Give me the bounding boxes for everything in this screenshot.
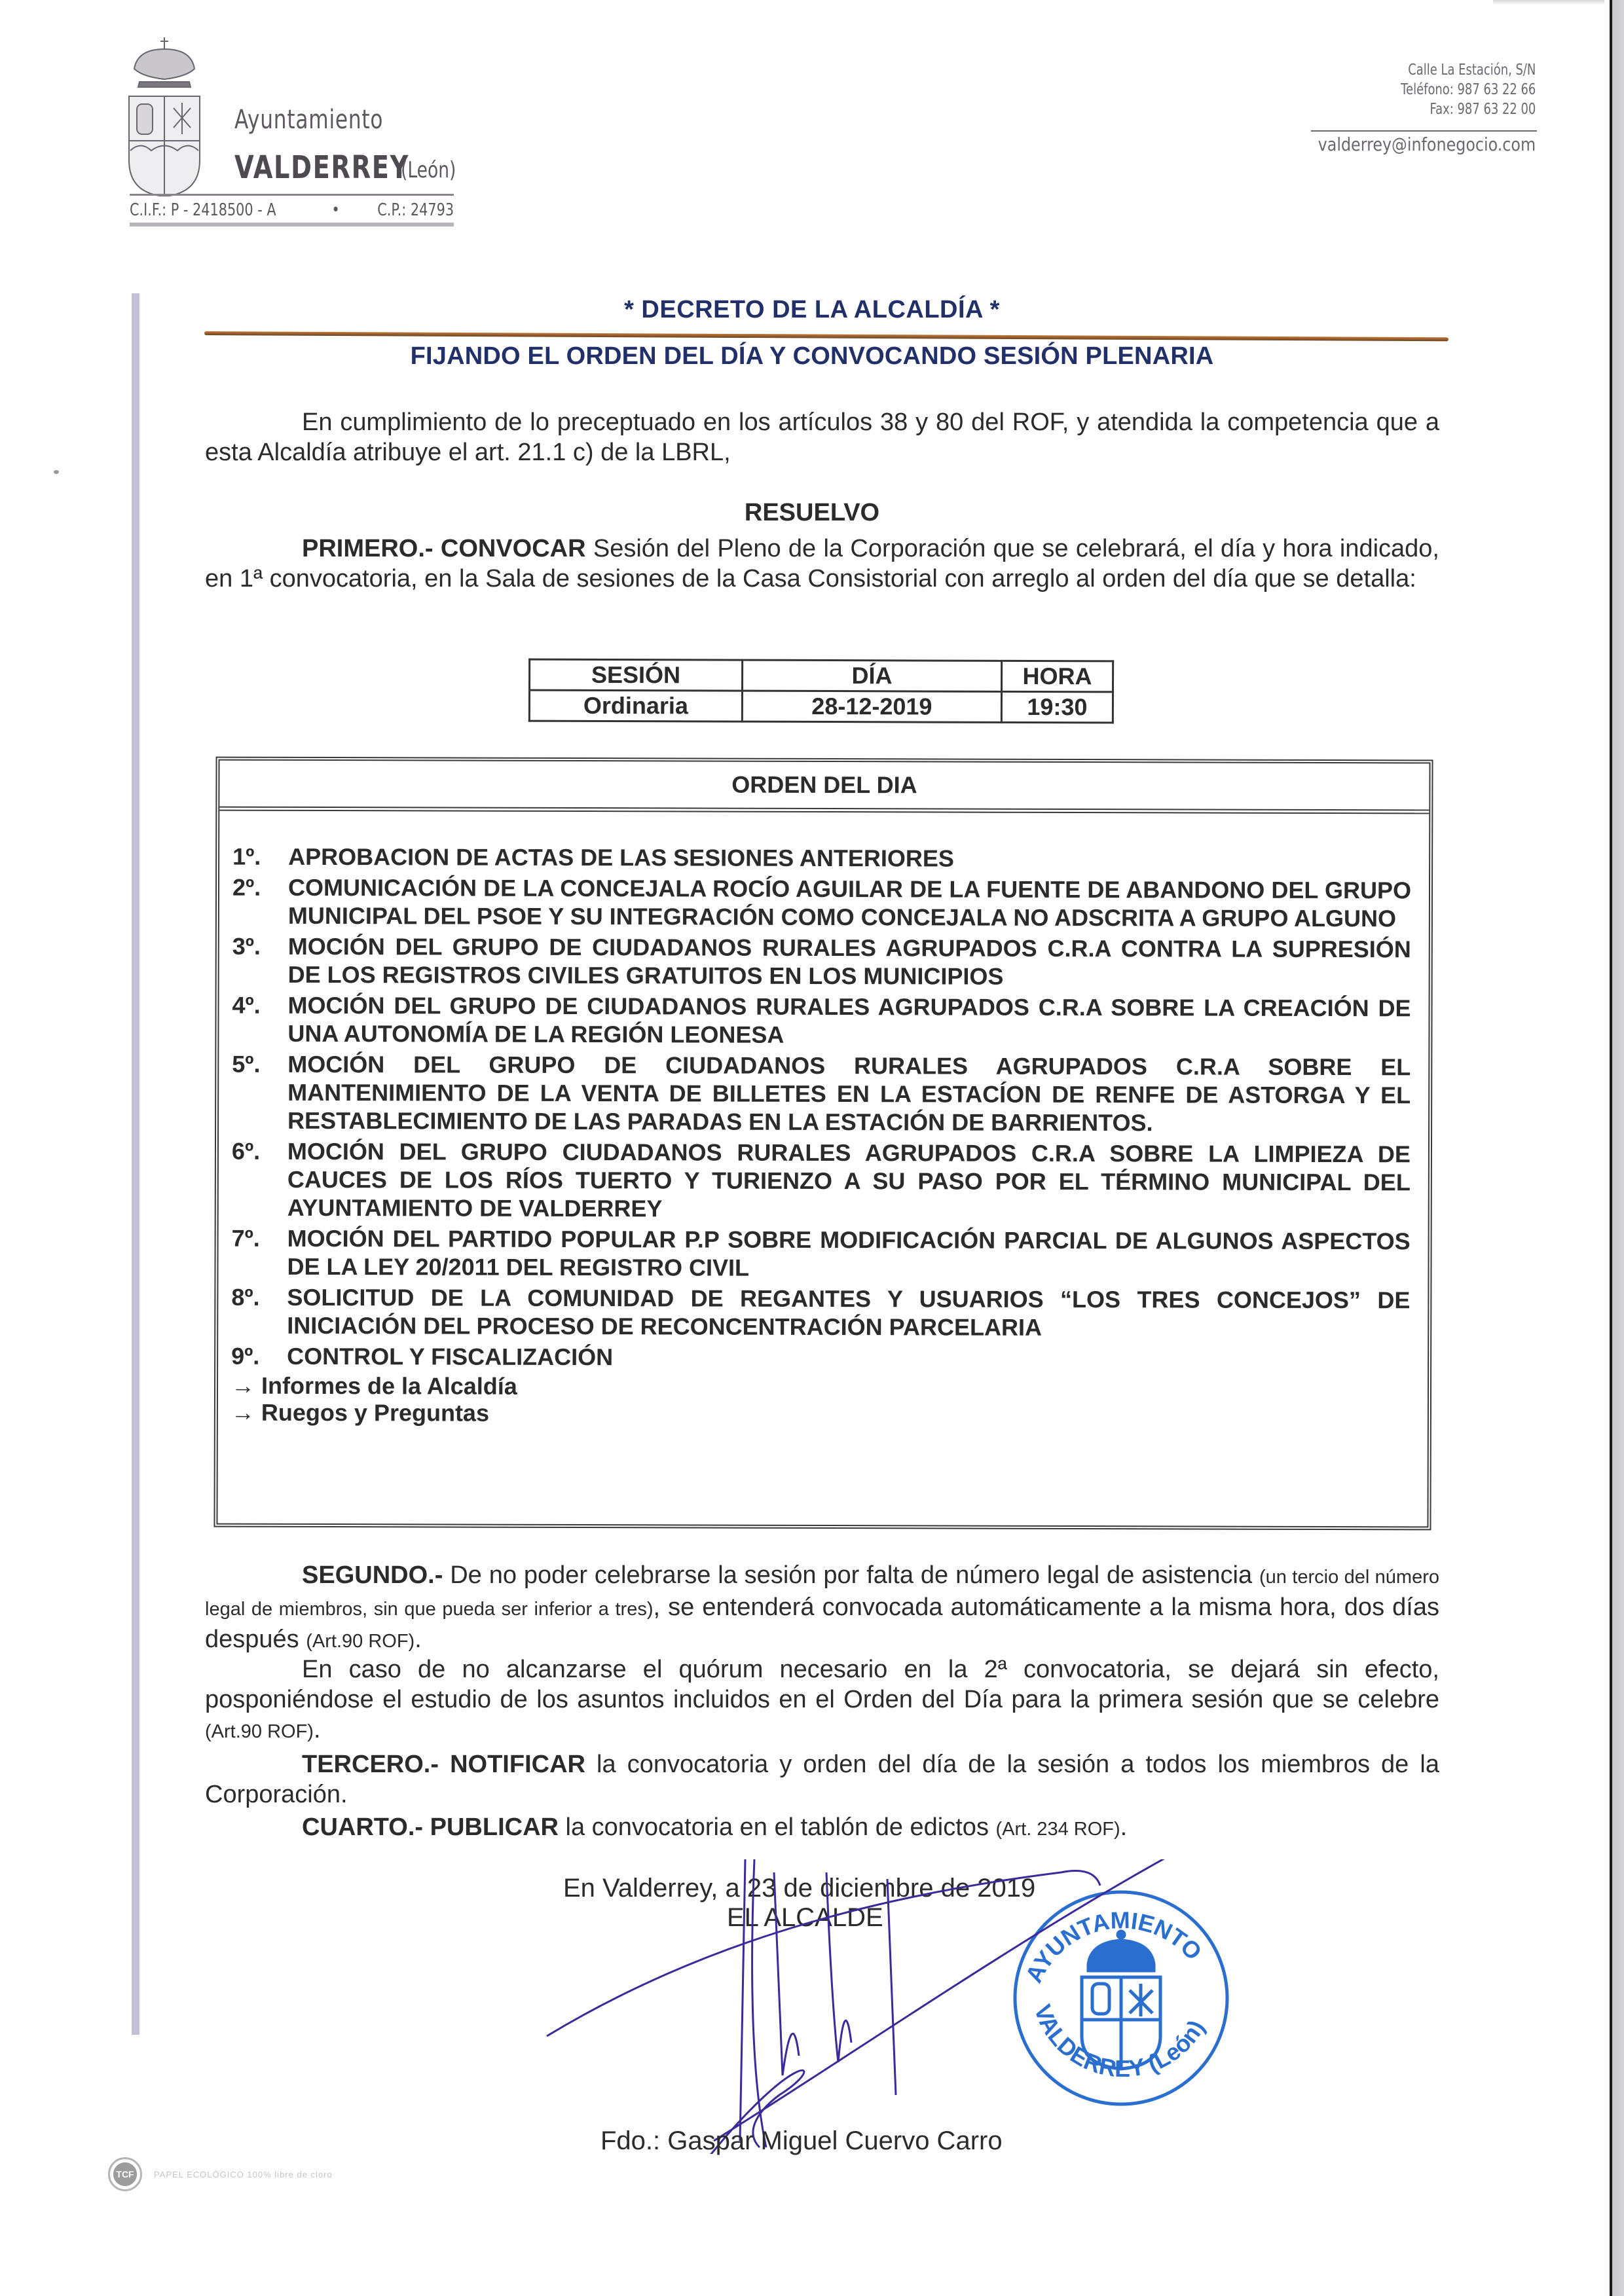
list-item: 4º.MOCIÓN DEL GRUPO DE CIUDADANOS RURALE…: [232, 991, 1411, 1051]
list-item: 3º.MOCIÓN DEL GRUPO DE CIUDADANOS RURALE…: [232, 932, 1411, 992]
org-province: (León): [401, 157, 456, 183]
item-number: 2º.: [232, 873, 288, 930]
item-number: 5º.: [232, 1050, 287, 1135]
item-number: 8º.: [231, 1283, 287, 1339]
punct: .: [1120, 1813, 1128, 1841]
email: valderrey@infonegocio.com: [1318, 134, 1536, 155]
margin-bar: [132, 293, 139, 2035]
subitem-ruegos: → Ruegos y Preguntas: [231, 1398, 1410, 1430]
item-number: 6º.: [232, 1137, 287, 1222]
item-text: MOCIÓN DEL GRUPO CIUDADANOS RURALES AGRU…: [287, 1137, 1411, 1224]
letterhead-rule-bottom: [130, 223, 454, 227]
item-number: 1º.: [232, 843, 288, 871]
address: Calle La Estación, S/N: [1401, 60, 1536, 80]
item-text: CONTROL Y FISCALIZACIÓN: [287, 1342, 1410, 1373]
subitem-informes: → Informes de la Alcaldía: [231, 1372, 1410, 1403]
segundo-label: SEGUNDO.-: [302, 1561, 443, 1589]
letterhead-rule: [130, 194, 454, 196]
item-text: MOCIÓN DEL GRUPO DE CIUDADANOS RURALES A…: [287, 991, 1411, 1050]
item-number: 9º.: [231, 1342, 287, 1370]
session-table-header: SESIÓN DÍA HORA: [530, 659, 1113, 692]
item-text: APROBACION DE ACTAS DE LAS SESIONES ANTE…: [288, 843, 1411, 873]
header-hora: HORA: [1001, 661, 1113, 692]
document-title: * DECRETO DE LA ALCALDÍA *: [0, 296, 1624, 324]
list-item: 2º.COMUNICACIÓN DE LA CONCEJALA ROCÍO AG…: [232, 873, 1411, 933]
item-text: MOCIÓN DEL GRUPO DE CIUDADANOS RURALES A…: [288, 932, 1411, 991]
list-item: 8º.SOLICITUD DE LA COMUNIDAD DE REGANTES…: [231, 1283, 1410, 1343]
document-subtitle: FIJANDO EL ORDEN DEL DÍA Y CONVOCANDO SE…: [0, 342, 1624, 371]
scan-shadow: [1493, 0, 1604, 5]
eco-paper-text: PAPEL ECOLÓGICO 100% libre de cloro: [154, 2170, 333, 2179]
handwritten-signature: [524, 1859, 1211, 2154]
cif: C.I.F.: P - 2418500 - A: [130, 200, 276, 220]
primero-paragraph: PRIMERO.- CONVOCAR Sesión del Pleno de l…: [205, 534, 1439, 594]
cuarto-text: la convocatoria en el tablón de edictos: [559, 1813, 996, 1841]
primero-label: PRIMERO.- CONVOCAR: [302, 535, 586, 562]
item-text: SOLICITUD DE LA COMUNIDAD DE REGANTES Y …: [287, 1283, 1410, 1342]
punct: .: [415, 1626, 422, 1653]
cuarto-label: CUARTO.- PUBLICAR: [302, 1813, 559, 1841]
segundo-text: De no poder celebrarse la sesión por fal…: [443, 1561, 1259, 1589]
quorum-paragraph: En caso de no alcanzarse el quórum neces…: [205, 1654, 1439, 1747]
list-item: 1º.APROBACION DE ACTAS DE LAS SESIONES A…: [232, 843, 1411, 874]
item-number: 3º.: [232, 932, 288, 989]
intro-paragraph: En cumplimiento de lo preceptuado en los…: [205, 407, 1439, 467]
title-rule: [204, 331, 1449, 341]
tcf-badge-icon: TCF: [108, 2157, 142, 2191]
list-item: 7º.MOCIÓN DEL PARTIDO POPULAR P.P SOBRE …: [231, 1224, 1410, 1284]
agenda-list: 1º.APROBACION DE ACTAS DE LAS SESIONES A…: [231, 843, 1411, 1430]
fax: Fax: 987 63 22 00: [1401, 100, 1536, 119]
header-sesion: SESIÓN: [530, 659, 743, 691]
cell-hora: 19:30: [1001, 691, 1113, 723]
eco-paper-mark: TCF PAPEL ECOLÓGICO 100% libre de cloro: [108, 2157, 333, 2191]
bullet: •: [331, 200, 339, 220]
resuelvo-heading: RESUELVO: [0, 499, 1624, 527]
item-text: COMUNICACIÓN DE LA CONCEJALA ROCÍO AGUIL…: [288, 873, 1411, 932]
item-text: MOCIÓN DEL PARTIDO POPULAR P.P SOBRE MOD…: [287, 1224, 1410, 1283]
cuarto-paragraph: CUARTO.- PUBLICAR la convocatoria en el …: [205, 1812, 1439, 1844]
tercero-label: TERCERO.- NOTIFICAR: [302, 1751, 585, 1778]
agenda-box: ORDEN DEL DIA 1º.APROBACION DE ACTAS DE …: [213, 757, 1433, 1531]
quorum-text: En caso de no alcanzarse el quórum neces…: [205, 1656, 1439, 1713]
item-number: 7º.: [231, 1224, 287, 1281]
session-table: SESIÓN DÍA HORA Ordinaria 28-12-2019 19:…: [528, 659, 1114, 724]
cuarto-ref: (Art. 234 ROF): [996, 1819, 1120, 1840]
list-item: 9º.CONTROL Y FISCALIZACIÓN: [231, 1342, 1410, 1374]
org-name: Ayuntamiento: [234, 105, 383, 135]
postal-code: C.P.: 24793: [377, 200, 454, 220]
cell-sesion: Ordinaria: [529, 690, 742, 721]
signed-by: Fdo.: Gaspar Miguel Cuervo Carro: [600, 2126, 1003, 2156]
coat-of-arms-icon: [128, 36, 206, 196]
segundo-paragraph: SEGUNDO.- De no poder celebrarse la sesi…: [205, 1560, 1439, 1656]
org-city: VALDERREY: [234, 149, 409, 186]
scan-speck: [54, 470, 59, 474]
phone: Teléfono: 987 63 22 66: [1401, 80, 1536, 100]
org-identifiers: C.I.F.: P - 2418500 - A • C.P.: 24793: [130, 198, 454, 222]
tercero-paragraph: TERCERO.- NOTIFICAR la convocatoria y or…: [205, 1749, 1439, 1810]
contact-rule: [1311, 130, 1537, 132]
agenda-heading: ORDEN DEL DIA: [219, 761, 1429, 814]
list-item: 5º.MOCIÓN DEL GRUPO DE CIUDADANOS RURALE…: [232, 1050, 1411, 1138]
item-number: 4º.: [232, 991, 287, 1048]
cell-dia: 28-12-2019: [742, 691, 1001, 722]
contact-block: Calle La Estación, S/N Teléfono: 987 63 …: [1363, 60, 1536, 119]
header-dia: DÍA: [743, 660, 1002, 691]
table-row: Ordinaria 28-12-2019 19:30: [529, 690, 1113, 723]
segundo-ref: (Art.90 ROF): [306, 1631, 415, 1652]
punct: .: [314, 1716, 321, 1743]
quorum-ref: (Art.90 ROF): [205, 1721, 314, 1742]
item-text: MOCIÓN DEL GRUPO DE CIUDADANOS RURALES A…: [287, 1050, 1411, 1137]
list-item: 6º.MOCIÓN DEL GRUPO CIUDADANOS RURALES A…: [232, 1137, 1411, 1225]
